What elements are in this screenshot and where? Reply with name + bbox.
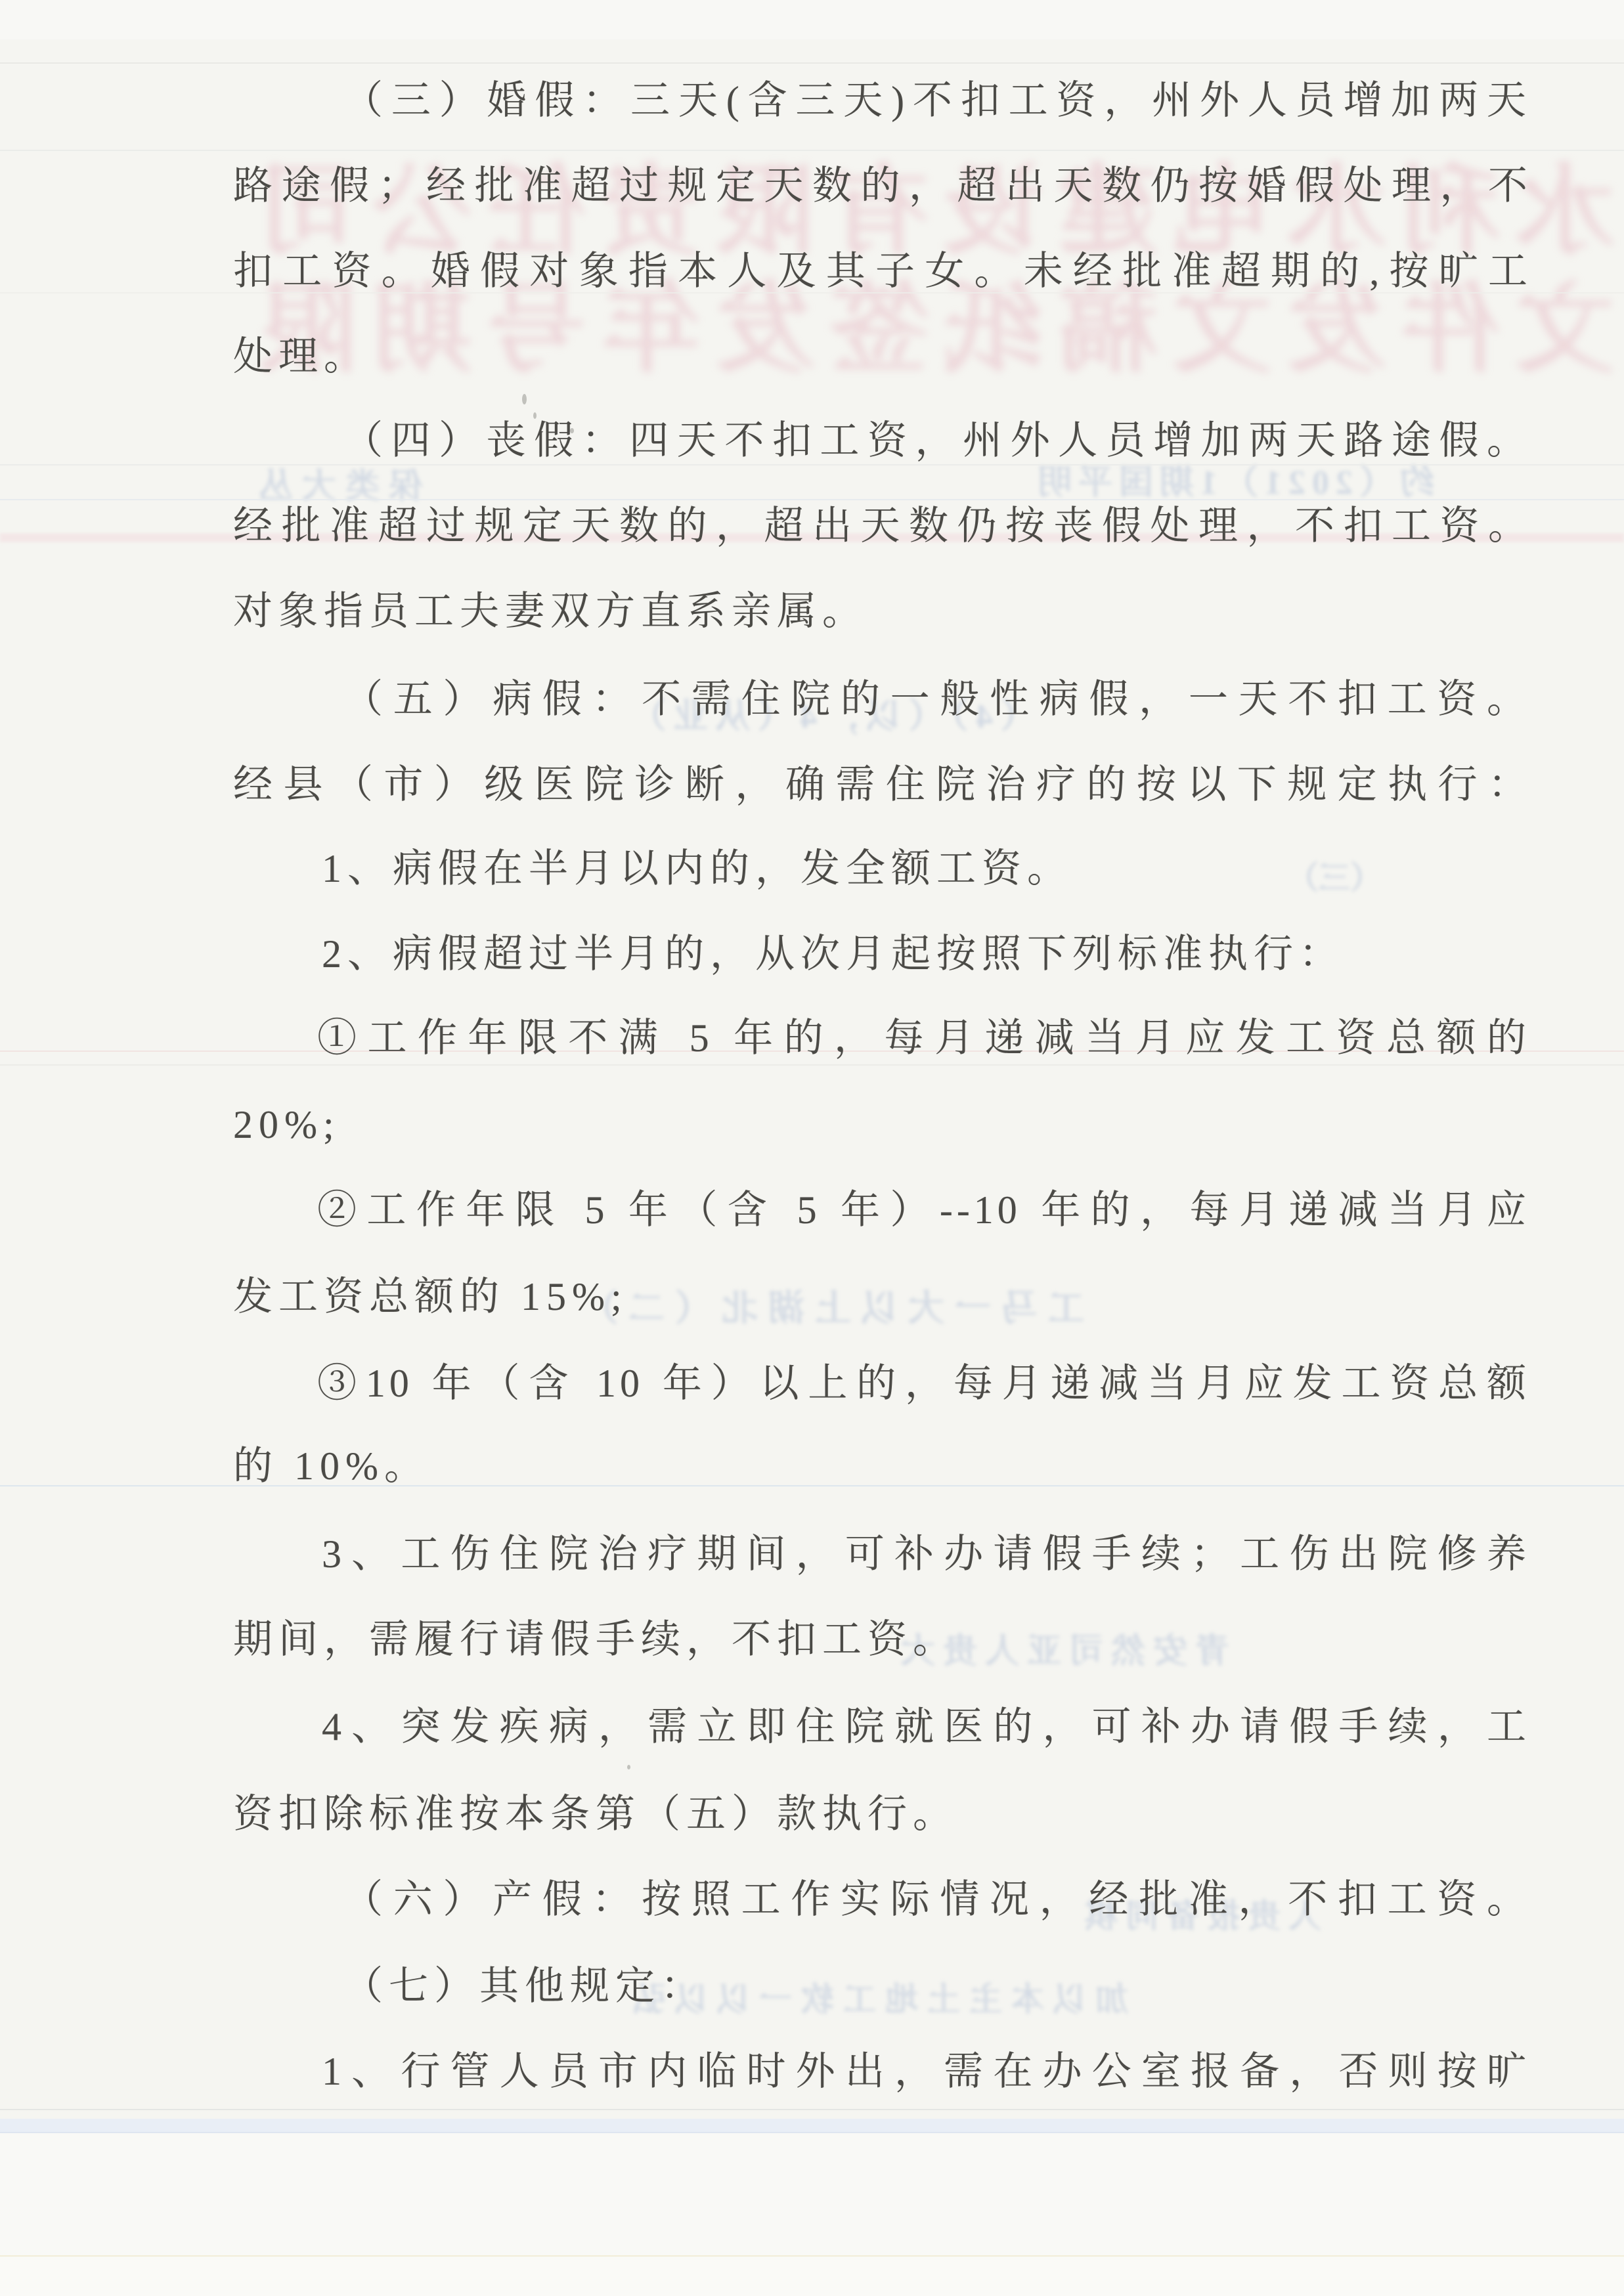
scan-artifact-line	[0, 62, 1624, 64]
text-line-other-rules-1: 1、行管人员市内临时外出，需在办公室报备，否则按旷	[322, 2050, 1530, 2093]
text-line-sick-rule-1: 1、病假在半月以内的，发全额工资。	[322, 847, 1072, 890]
text-line-marriage-leave-2: 路途假；经批准超过规定天数的，超出天数仍按婚假处理，不	[233, 164, 1531, 207]
text-line-other-rules-title: （七）其他规定：	[343, 1964, 706, 2008]
scan-artifact-line	[0, 2119, 1624, 2133]
scan-dust-speck	[627, 1765, 630, 1769]
text-line-sick-rule-2: 2、病假超过半月的，从次月起按照下列标准执行：	[322, 932, 1344, 976]
text-line-tier-1a: ①工作年限不满 5 年的，每月递减当月应发工资总额的	[317, 1016, 1530, 1060]
scan-artifact-line	[0, 1064, 1624, 1066]
text-line-tier-2a: ②工作年限 5 年（含 5 年）--10 年的，每月递减当月应	[317, 1188, 1530, 1232]
text-line-marriage-leave-3: 扣工资。婚假对象指本人及其子女。未经批准超期的,按旷工	[233, 249, 1531, 293]
text-line-work-injury-1: 3、工伤住院治疗期间，可补办请假手续；工伤出院修养	[322, 1532, 1530, 1576]
text-line-bereavement-leave-1: （四）丧假：四天不扣工资，州外人员增加两天路途假。	[343, 419, 1530, 462]
scan-shade-band	[0, 0, 1624, 39]
scan-dust-speck	[522, 394, 527, 404]
text-line-sick-leave-2: 经县（市）级医院诊断，确需住院治疗的按以下规定执行：	[233, 763, 1531, 806]
text-line-sudden-illness-2: 资扣除标准按本条第（五）款执行。	[233, 1792, 958, 1836]
bleed-through-ghost-text: 工马一大以上湖北（二）	[571, 1279, 1084, 1331]
scan-artifact-line	[0, 2255, 1624, 2257]
text-line-bereavement-leave-3: 对象指员工夫妻双方直系亲属。	[233, 590, 867, 633]
text-line-work-injury-2: 期间，需履行请假手续，不扣工资。	[233, 1618, 958, 1661]
scan-artifact-line	[0, 150, 1624, 151]
text-line-tier-3a: ③10 年（含 10 年）以上的，每月递减当月应发工资总额	[317, 1362, 1530, 1405]
scan-artifact-line	[0, 499, 1624, 500]
bleed-through-ghost-text: 保类大丛	[250, 458, 423, 508]
scan-shade-band	[0, 2132, 1624, 2255]
scanned-document-page: 州水利水电建设有限责任公司 司文件发文稿纸签发年号期限 保类大丛 约（2021）…	[0, 0, 1624, 2296]
text-line-tier-1b: 20%;	[233, 1103, 340, 1146]
text-line-maternity-leave: （六）产假：按照工作实际情况，经批准，不扣工资。	[343, 1878, 1530, 1921]
bleed-through-ghost-text: （三）	[1287, 852, 1382, 898]
text-line-tier-3b: 的 10%。	[233, 1444, 429, 1488]
text-line-bereavement-leave-2: 经批准超过规定天数的，超出天数仍按丧假处理，不扣工资。	[233, 504, 1531, 548]
text-line-sudden-illness-1: 4、突发疾病，需立即住院就医的，可补办请假手续，工	[322, 1705, 1530, 1748]
text-line-tier-2b: 发工资总额的 15%;	[233, 1275, 628, 1318]
scan-artifact-line	[0, 464, 1624, 466]
text-line-marriage-leave-4: 处理。	[233, 335, 369, 378]
scan-shade-band	[0, 2255, 1624, 2296]
text-line-marriage-leave-1: （三）婚假：三天(含三天)不扣工资，州外人员增加两天	[343, 79, 1530, 122]
text-line-sick-leave-1: （五）病假：不需住院的一般性病假，一天不扣工资。	[343, 678, 1530, 721]
scan-artifact-line	[0, 2109, 1624, 2110]
scan-dust-speck	[533, 412, 537, 419]
